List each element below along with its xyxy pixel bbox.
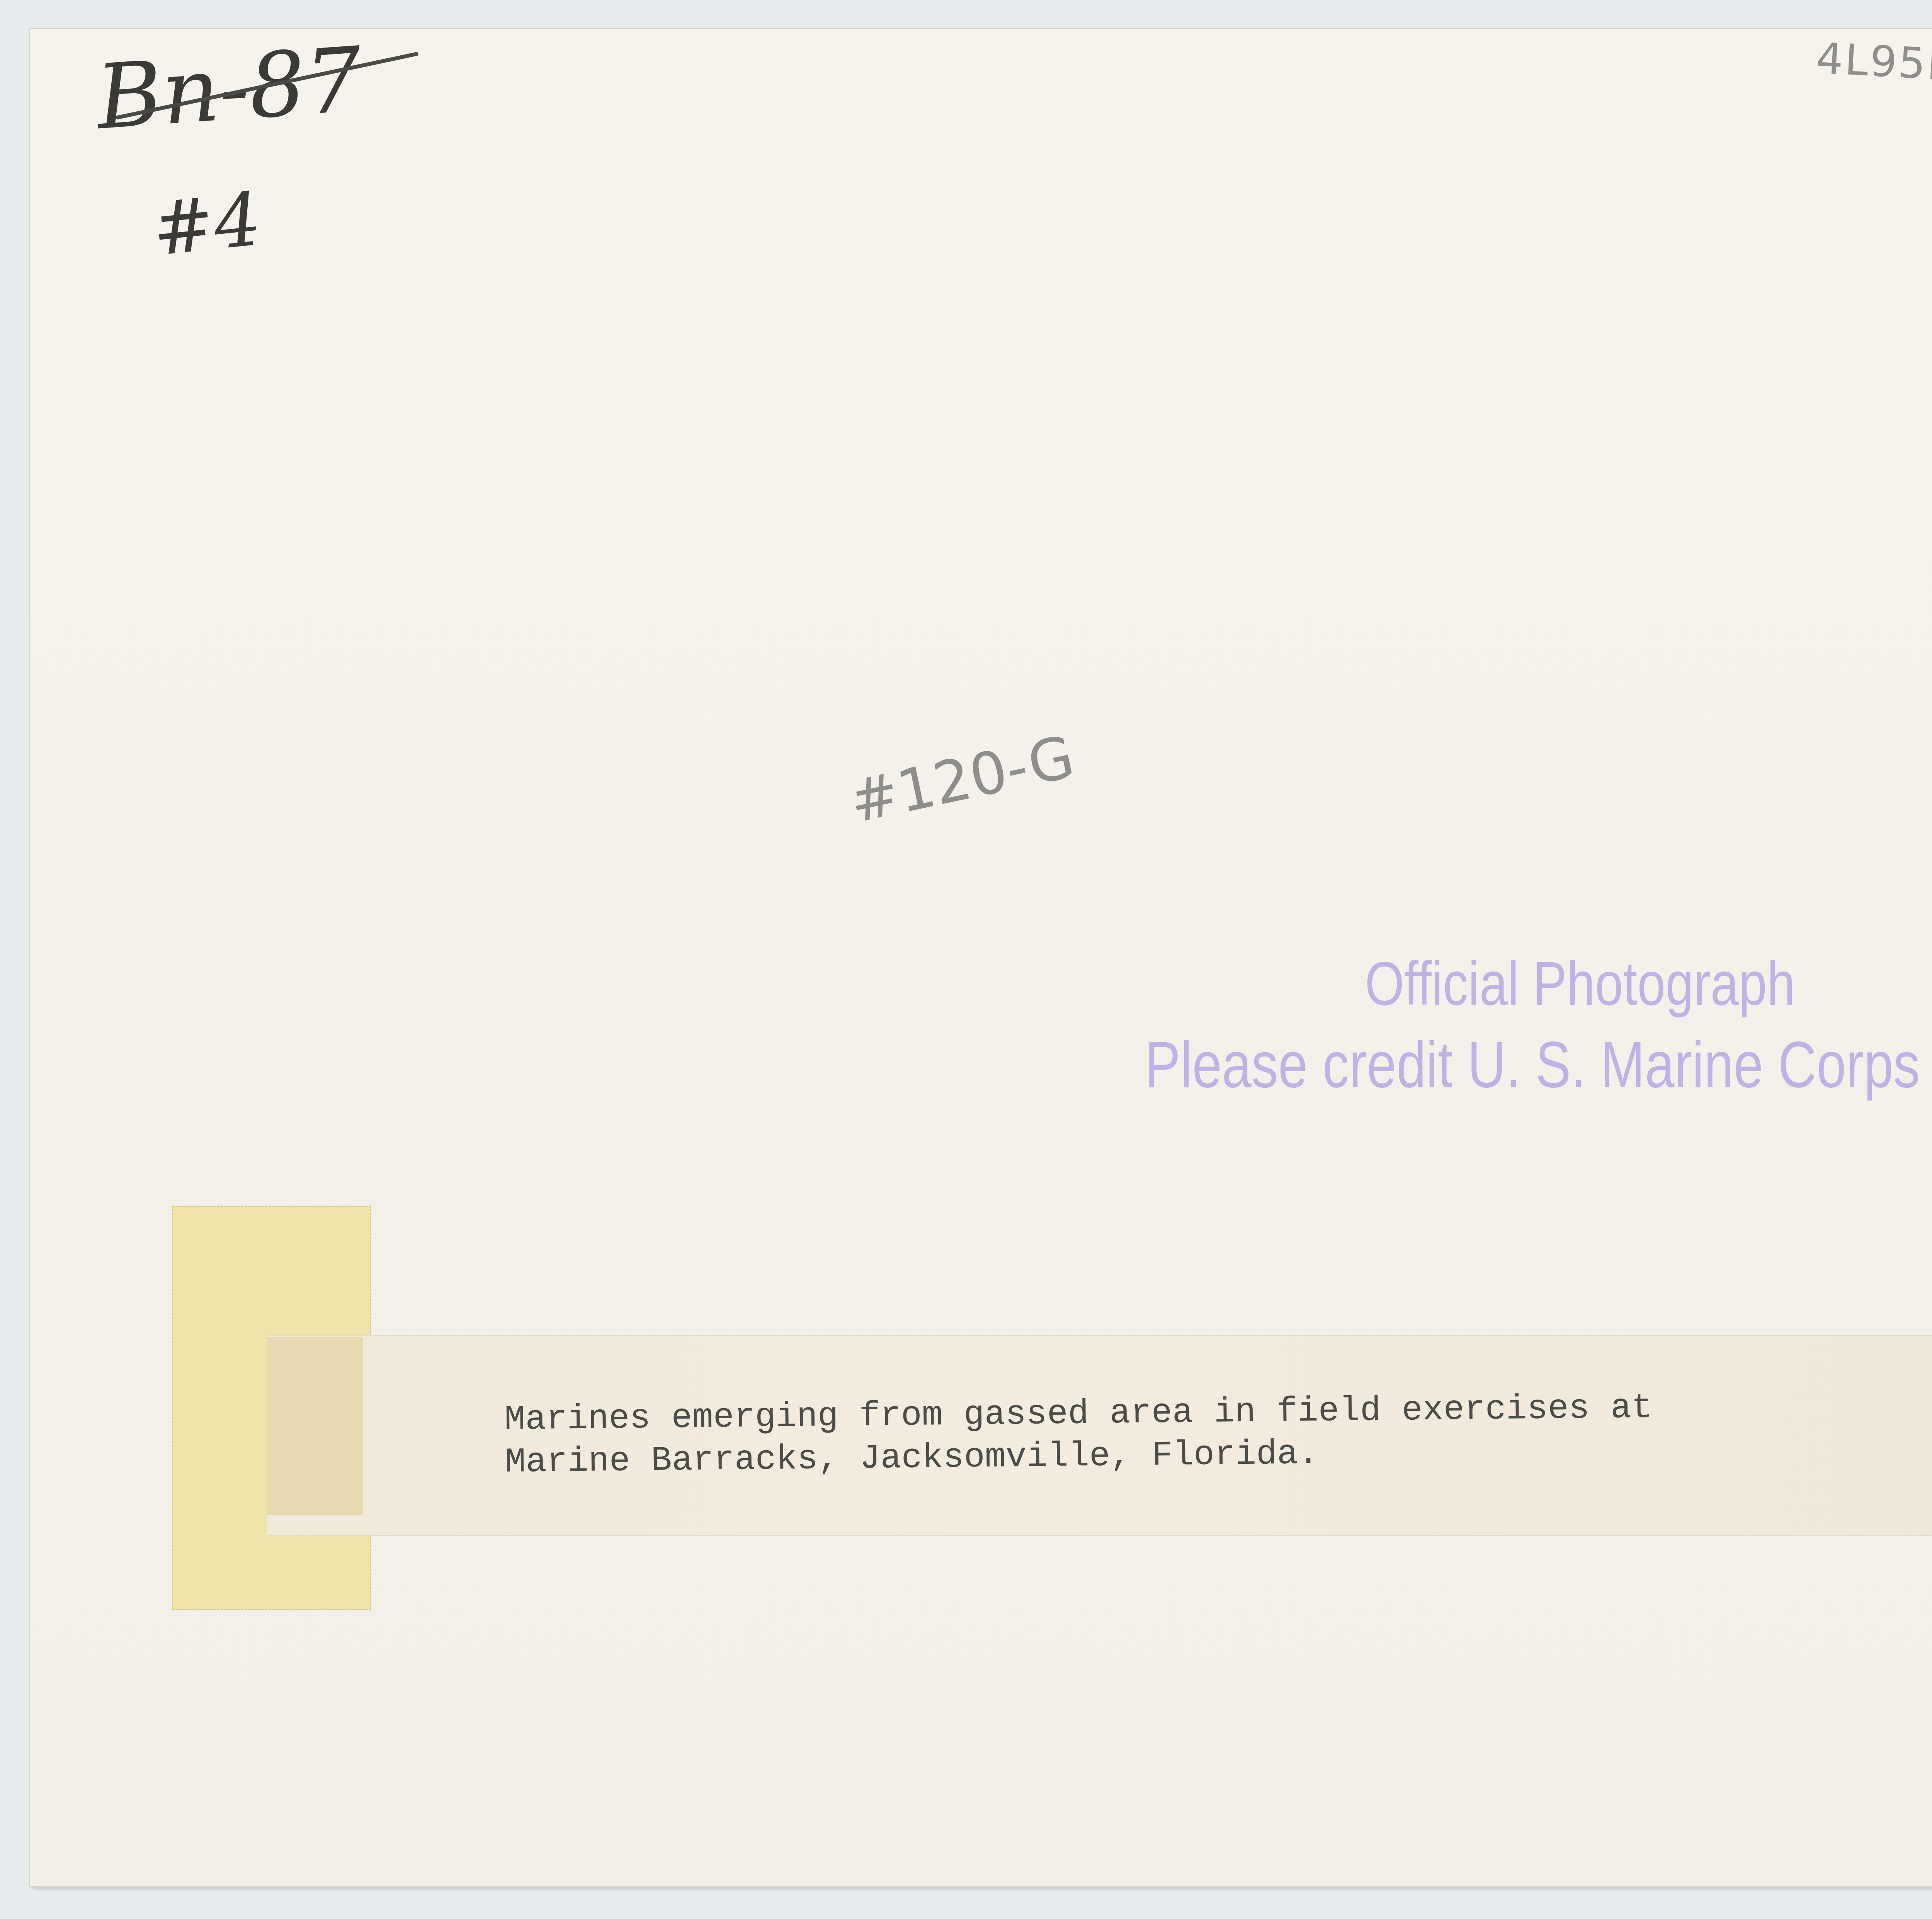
- stamp-credit-line: Please credit U. S. Marine Corps: [1121, 1024, 1932, 1105]
- ink-catalog-code: Bn-87: [93, 28, 365, 150]
- tape-overlap-left: [267, 1337, 363, 1515]
- credit-stamp: Official Photograph Please credit U. S. …: [1121, 943, 1932, 1105]
- caption-line-2: Marine Barracks, Jacksomville, Florida.: [505, 1434, 1319, 1482]
- stamp-official-photograph: Official Photograph: [1216, 943, 1932, 1024]
- ink-item-number: #4: [148, 176, 265, 272]
- typed-caption: Marines emerging from gassed area in fie…: [504, 1387, 1653, 1484]
